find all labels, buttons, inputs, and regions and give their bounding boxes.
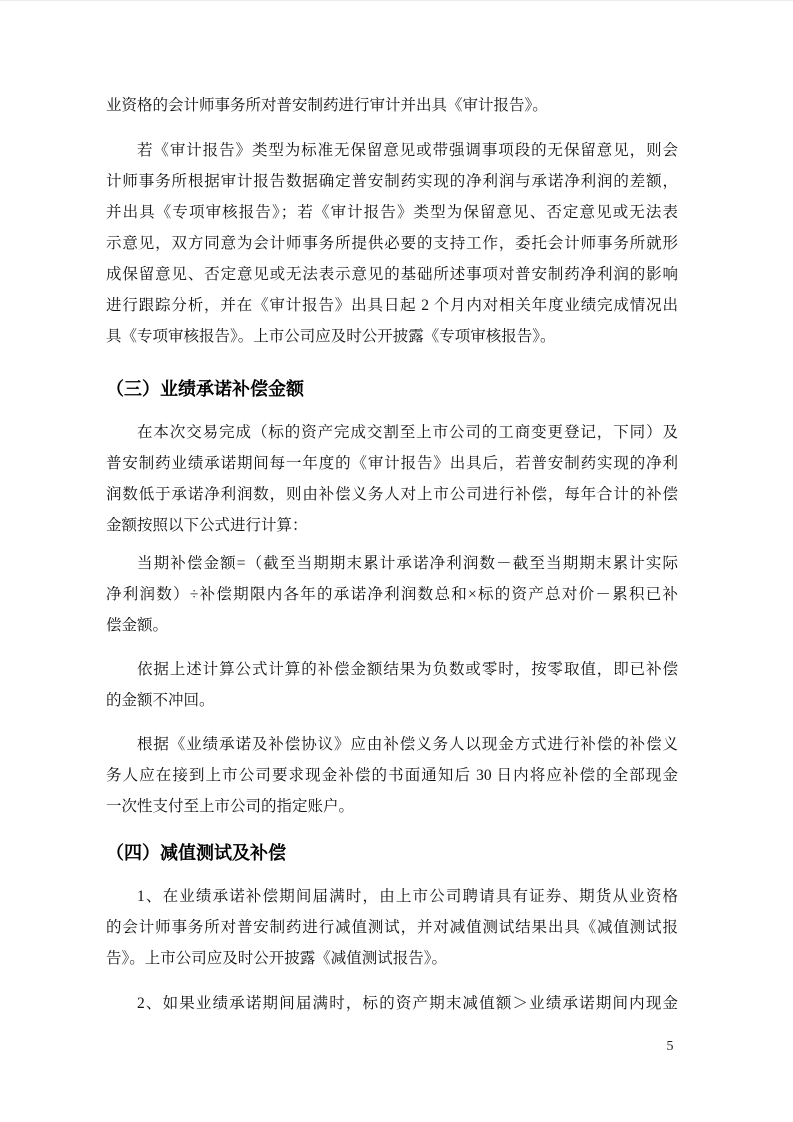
text-line: 并出具《专项审核报告》；若《审计报告》类型为保留意见、否定意见或无法表 — [106, 197, 678, 228]
text-line: 成保留意见、否定意见或无法表示意见的基础所述事项对普安制药净利润的影响 — [106, 259, 678, 290]
text-line: 2、如果业绩承诺期间届满时，标的资产期末减值额＞业绩承诺期间内现金 — [106, 988, 678, 1019]
text-line: 务人应在接到上市公司要求现金补偿的书面通知后 30 日内将应补偿的全部现金 — [106, 760, 678, 791]
paragraph: 若《审计报告》类型为标准无保留意见或带强调事项段的无保留意见，则会计师事务所根据… — [106, 135, 678, 352]
section-heading: （四）减值测试及补偿 — [106, 841, 678, 865]
paragraph: 在本次交易完成（标的资产完成交割至上市公司的工商变更登记，下同）及普安制药业绩承… — [106, 417, 678, 541]
text-line: 偿金额。 — [106, 610, 678, 641]
text-line: 示意见，双方同意为会计师事务所提供必要的支持工作，委托会计师事务所就形 — [106, 228, 678, 259]
document-page: { "colors": { "background": "#ffffff", "… — [0, 0, 793, 1122]
text-line: 在本次交易完成（标的资产完成交割至上市公司的工商变更登记，下同）及 — [106, 417, 678, 448]
text-line: 依据上述计算公式计算的补偿金额结果为负数或零时，按零取值，即已补偿 — [106, 654, 678, 685]
text-line: 告》。上市公司应及时公开披露《减值测试报告》。 — [106, 943, 678, 974]
paragraph: 1、在业绩承诺补偿期间届满时，由上市公司聘请具有证券、期货从业资格的会计师事务所… — [106, 881, 678, 974]
text-line: 普安制药业绩承诺期间每一年度的《审计报告》出具后，若普安制药实现的净利 — [106, 448, 678, 479]
text-line: 润数低于承诺净利润数，则由补偿义务人对上市公司进行补偿，每年合计的补偿 — [106, 479, 678, 510]
text-line: 计师事务所根据审计报告数据确定普安制药实现的净利润与承诺净利润的差额， — [106, 166, 678, 197]
paragraph: 当期补偿金额=（截至当期期末累计承诺净利润数－截至当期期末累计实际净利润数）÷补… — [106, 548, 678, 641]
text-line: 若《审计报告》类型为标准无保留意见或带强调事项段的无保留意见，则会 — [106, 135, 678, 166]
paragraph: 根据《业绩承诺及补偿协议》应由补偿义务人以现金方式进行补偿的补偿义务人应在接到上… — [106, 729, 678, 822]
text-line: 金额按照以下公式进行计算： — [106, 510, 678, 541]
text-line: 的会计师事务所对普安制药进行减值测试，并对减值测试结果出具《减值测试报 — [106, 912, 678, 943]
document-body: 业资格的会计师事务所对普安制药进行审计并出具《审计报告》。若《审计报告》类型为标… — [106, 90, 678, 1019]
paragraph: 2、如果业绩承诺期间届满时，标的资产期末减值额＞业绩承诺期间内现金 — [106, 988, 678, 1019]
text-line: 的金额不冲回。 — [106, 685, 678, 716]
paragraph: 依据上述计算公式计算的补偿金额结果为负数或零时，按零取值，即已补偿的金额不冲回。 — [106, 654, 678, 716]
section-heading: （三）业绩承诺补偿金额 — [106, 377, 678, 401]
page-number: 5 — [660, 1037, 680, 1057]
text-line: 净利润数）÷补偿期限内各年的承诺净利润数总和×标的资产总对价－累积已补 — [106, 579, 678, 610]
text-line: 一次性支付至上市公司的指定账户。 — [106, 791, 678, 822]
text-line: 具《专项审核报告》。上市公司应及时公开披露《专项审核报告》。 — [106, 321, 678, 352]
text-line: 根据《业绩承诺及补偿协议》应由补偿义务人以现金方式进行补偿的补偿义 — [106, 729, 678, 760]
text-line: 1、在业绩承诺补偿期间届满时，由上市公司聘请具有证券、期货从业资格 — [106, 881, 678, 912]
text-line: 进行跟踪分析，并在《审计报告》出具日起 2 个月内对相关年度业绩完成情况出 — [106, 290, 678, 321]
paragraph: 业资格的会计师事务所对普安制药进行审计并出具《审计报告》。 — [106, 90, 678, 121]
text-line: 当期补偿金额=（截至当期期末累计承诺净利润数－截至当期期末累计实际 — [106, 548, 678, 579]
text-line: 业资格的会计师事务所对普安制药进行审计并出具《审计报告》。 — [106, 90, 678, 121]
